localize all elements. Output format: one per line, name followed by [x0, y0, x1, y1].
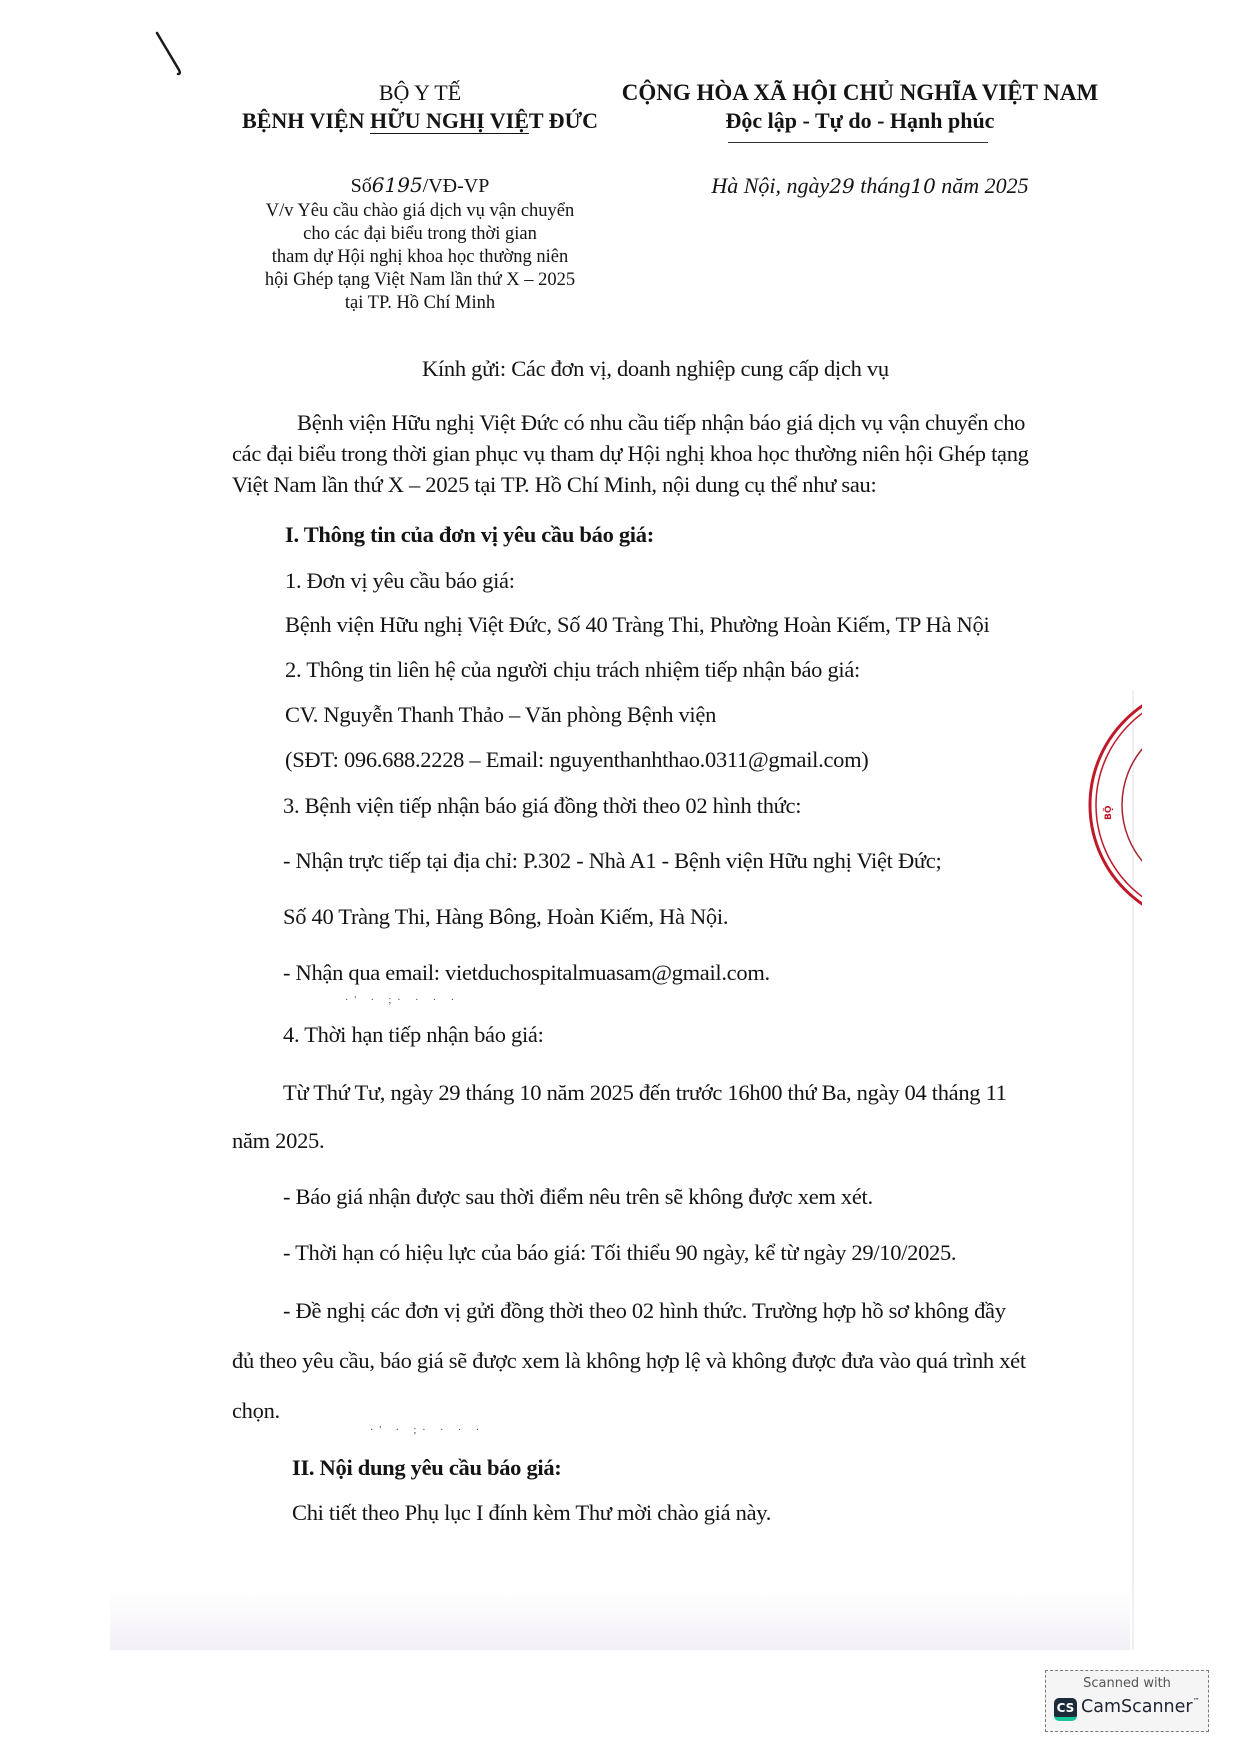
date-month-handwritten: 10 [910, 174, 935, 198]
scan-bottom-shade [110, 1590, 1130, 1650]
svg-text:BỘ: BỘ [1103, 805, 1114, 820]
item-4-period-line-2: năm 2025. [232, 1128, 324, 1154]
item-2-contact: (SĐT: 096.688.2228 – Email: nguyenthanht… [285, 747, 868, 773]
ministry-name: BỘ Y TẾ [220, 80, 620, 106]
hospital-name-underlined: HỮU NGHỊ VIỆ [370, 108, 529, 133]
date-day-handwritten: 29 [829, 174, 854, 198]
national-motto: Độc lập - Tự do - Hạnh phúc [620, 108, 1100, 134]
item-2-label: 2. Thông tin liên hệ của người chịu trác… [285, 657, 860, 683]
item-1-label: 1. Đơn vị yêu cầu báo giá: [285, 568, 515, 594]
note-3-line-3: chọn. [232, 1398, 280, 1424]
motto-underline [728, 142, 988, 143]
salutation: Kính gửi: Các đơn vị, doanh nghiệp cung … [422, 356, 889, 382]
item-4-label: 4. Thời hạn tiếp nhận báo giá: [283, 1022, 544, 1048]
item-1-value: Bệnh viện Hữu nghị Việt Đức, Số 40 Tràng… [285, 612, 989, 638]
watermark-brand: CamScanner™ [1081, 1697, 1200, 1717]
note-2: - Thời hạn có hiệu lực của báo giá: Tối … [283, 1240, 956, 1266]
subject-line-1: V/v Yêu cầu chào giá dịch vụ vận chuyển [220, 201, 620, 222]
section-1-heading: I. Thông tin của đơn vị yêu cầu báo giá: [285, 522, 654, 548]
subject-line-2: cho các đại biểu trong thời gian [220, 224, 620, 245]
camscanner-watermark: Scanned with CS CamScanner™ [1045, 1670, 1209, 1732]
item-3-email: - Nhận qua email: vietduchospitalmuasam@… [283, 960, 770, 986]
section-2-text: Chi tiết theo Phụ lục I đính kèm Thư mời… [292, 1500, 771, 1526]
item-3-label: 3. Bệnh viện tiếp nhận báo giá đồng thời… [283, 793, 801, 819]
item-3-direct: - Nhận trực tiếp tại địa chỉ: P.302 - Nh… [283, 848, 941, 874]
document-number-handwritten: 6195 [372, 173, 423, 197]
section-2-heading: II. Nội dung yêu cầu báo giá: [292, 1455, 562, 1481]
scan-noise: ·' · ;· · · · [370, 1425, 485, 1436]
subject-line-4: hội Ghép tạng Việt Nam lần thứ X – 2025 [220, 270, 620, 291]
hospital-name: BỆNH VIỆN HỮU NGHỊ VIỆT ĐỨC [220, 108, 620, 134]
watermark-caption: Scanned with [1046, 1676, 1208, 1691]
intro-line-2: các đại biểu trong thời gian phục vụ tha… [232, 441, 1029, 467]
item-2-person: CV. Nguyễn Thanh Thảo – Văn phòng Bệnh v… [285, 702, 716, 728]
subject-line-5: tại TP. Hồ Chí Minh [220, 293, 620, 314]
item-3-address: Số 40 Tràng Thi, Hàng Bông, Hoàn Kiếm, H… [283, 904, 728, 930]
note-3-line-1: - Đề nghị các đơn vị gửi đồng thời theo … [283, 1298, 1006, 1324]
scan-noise: ·' · ;· · · · [345, 995, 460, 1006]
date-line: Hà Nội, ngày29 tháng10 năm 2025 [630, 173, 1110, 199]
subject-line-3: tham dự Hội nghị khoa học thường niên [220, 247, 620, 268]
document-number: Số6195/VĐ-VP [220, 173, 620, 198]
pen-mark-icon [155, 30, 185, 80]
country-name: CỘNG HÒA XÃ HỘI CHỦ NGHĨA VIỆT NAM [620, 80, 1100, 106]
official-stamp-icon: BỘ [1070, 700, 1142, 910]
note-1: - Báo giá nhận được sau thời điểm nêu tr… [283, 1184, 873, 1210]
intro-line-3: Việt Nam lần thứ X – 2025 tại TP. Hồ Chí… [232, 472, 876, 498]
note-3-line-2: đủ theo yêu cầu, báo giá sẽ được xem là … [232, 1348, 1026, 1374]
item-4-period-line-1: Từ Thứ Tư, ngày 29 tháng 10 năm 2025 đến… [283, 1080, 1007, 1106]
intro-line-1: Bệnh viện Hữu nghị Việt Đức có nhu cầu t… [297, 410, 1025, 436]
camscanner-logo-icon: CS [1054, 1698, 1077, 1721]
